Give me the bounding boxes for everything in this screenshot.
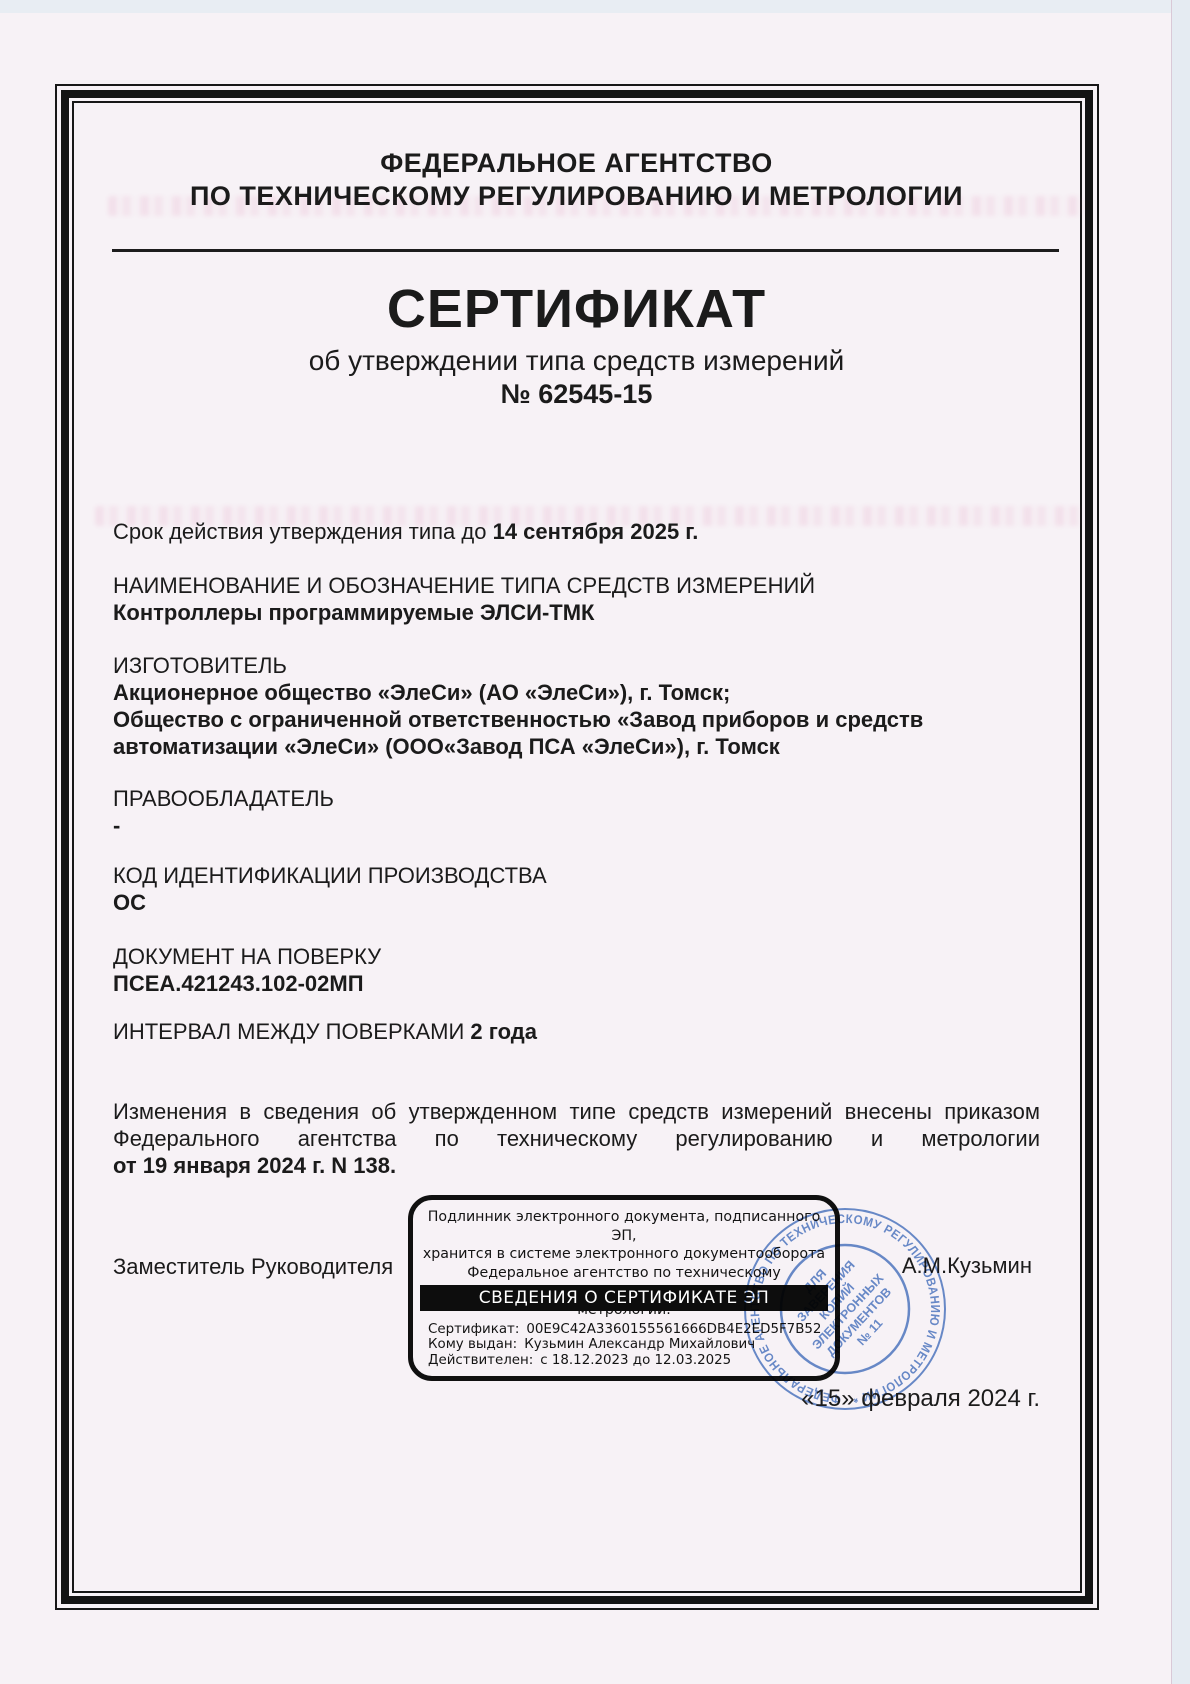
manufacturer-value: Акционерное общество «ЭлеСи» (АО «ЭлеСи»… xyxy=(113,679,1040,760)
validity-prefix: Срок действия утверждения типа до xyxy=(113,519,493,544)
manufacturer-label: ИЗГОТОВИТЕЛЬ xyxy=(113,652,1040,679)
amendment-line1: Изменения в сведения об утвержденном тип… xyxy=(113,1098,1040,1125)
verification-doc-label: ДОКУМЕНТ НА ПОВЕРКУ xyxy=(113,943,1040,970)
issue-date: «15» февраля 2024 г. xyxy=(801,1385,1040,1413)
rights-holder-value: - xyxy=(113,812,1040,839)
rights-holder-label: ПРАВООБЛАДАТЕЛЬ xyxy=(113,785,1040,812)
validity-line: Срок действия утверждения типа до 14 сен… xyxy=(113,518,1040,545)
manufacturer-line2: Общество с ограниченной ответственностью… xyxy=(113,706,1040,733)
scanner-edge-top xyxy=(0,0,1190,13)
interval-line: ИНТЕРВАЛ МЕЖДУ ПОВЕРКАМИ 2 года xyxy=(113,1018,1040,1045)
amendment-line2: Федерального агентства по техническому р… xyxy=(113,1125,1040,1152)
amendment-paragraph: Изменения в сведения об утвержденном тип… xyxy=(113,1098,1040,1179)
esign-valid-value: с 18.12.2023 до 12.03.2025 xyxy=(540,1353,731,1368)
agency-header: ФЕДЕРАЛЬНОЕ АГЕНТСТВО ПО ТЕХНИЧЕСКОМУ РЕ… xyxy=(113,147,1040,213)
amendment-line3: от 19 января 2024 г. N 138. xyxy=(113,1152,1040,1179)
esign-issued-label: Кому выдан: xyxy=(428,1337,517,1352)
type-name-value: Контроллеры программируемые ЭЛСИ-ТМК xyxy=(113,599,1040,626)
type-name-label: НАИМЕНОВАНИЕ И ОБОЗНАЧЕНИЕ ТИПА СРЕДСТВ … xyxy=(113,572,1040,599)
scanner-edge-right xyxy=(1171,0,1190,1684)
agency-header-line1: ФЕДЕРАЛЬНОЕ АГЕНТСТВО xyxy=(113,147,1040,180)
interval-value: 2 года xyxy=(470,1019,537,1044)
esign-issued-value: Кузьмин Александр Михайлович xyxy=(524,1337,755,1352)
production-code-label: КОД ИДЕНТИФИКАЦИИ ПРОИЗВОДСТВА xyxy=(113,862,1040,889)
validity-date: 14 сентября 2025 г. xyxy=(493,519,699,544)
certificate-subtitle: об утверждении типа средств измерений xyxy=(113,346,1040,376)
production-code-value: ОС xyxy=(113,889,1040,916)
certificate-title: СЕРТИФИКАТ xyxy=(113,281,1040,337)
verification-doc-value: ПСЕА.421243.102-02МП xyxy=(113,970,1040,997)
header-divider xyxy=(112,249,1059,252)
manufacturer-line3: автоматизации «ЭлеСи» (ООО«Завод ПСА «Эл… xyxy=(113,733,1040,760)
interval-label: ИНТЕРВАЛ МЕЖДУ ПОВЕРКАМИ xyxy=(113,1019,470,1044)
certificate-page: ФЕДЕРАЛЬНОЕ АГЕНТСТВО ПО ТЕХНИЧЕСКОМУ РЕ… xyxy=(0,0,1190,1684)
esign-valid-label: Действителен: xyxy=(428,1353,533,1368)
manufacturer-line1: Акционерное общество «ЭлеСи» (АО «ЭлеСи»… xyxy=(113,679,1040,706)
stamp-center-text: ДЛЯ ЗАВЕРЕНИЯ КОПИЙ ЭЛЕКТРОННЫХ ДОКУМЕНТ… xyxy=(777,1240,909,1373)
certificate-number: № 62545-15 xyxy=(113,379,1040,410)
esign-cert-label: Сертификат: xyxy=(428,1322,519,1337)
agency-header-line2: ПО ТЕХНИЧЕСКОМУ РЕГУЛИРОВАНИЮ И МЕТРОЛОГ… xyxy=(113,180,1040,213)
